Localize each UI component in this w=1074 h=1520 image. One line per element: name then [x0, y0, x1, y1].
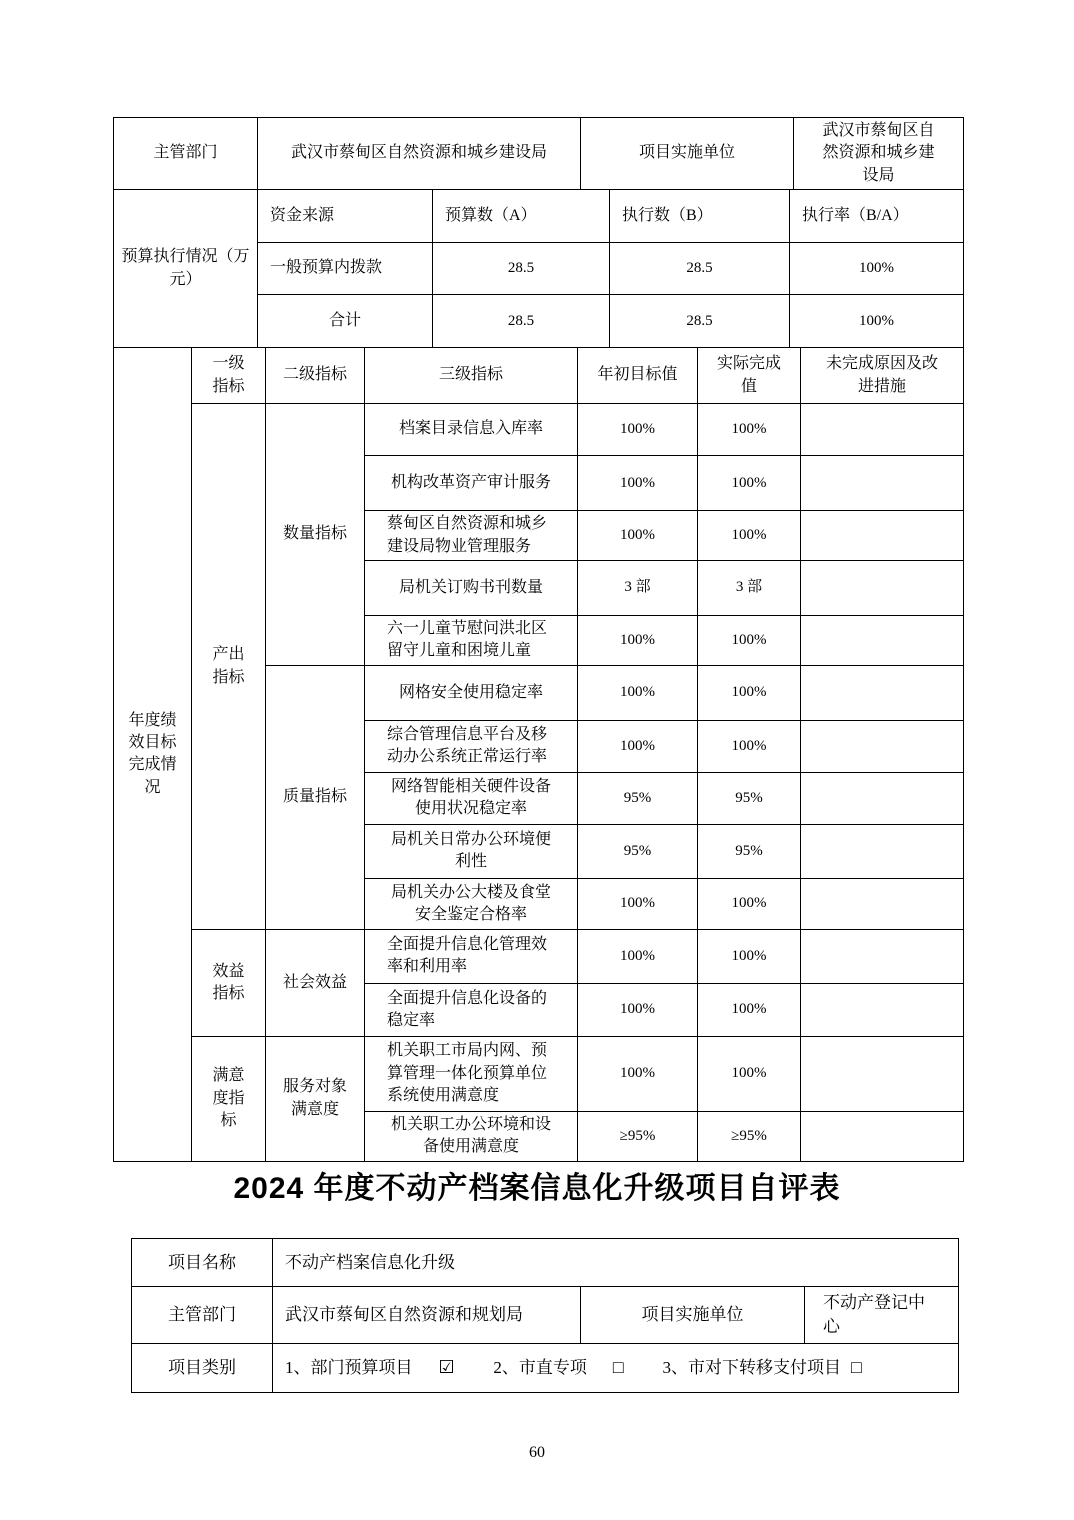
header-table: 主管部门 武汉市蔡甸区自然资源和城乡建设局 项目实施单位 武汉市蔡甸区自然资源和… — [113, 117, 964, 190]
page-number: 60 — [0, 1444, 1074, 1462]
actual-cell: 100% — [698, 615, 801, 665]
target-cell: 100% — [578, 1036, 698, 1111]
checkbox-checked-icon: ☑ — [439, 1357, 455, 1377]
category-option-transfer: 3、市对下转移支付项目□ — [662, 1358, 861, 1377]
actual-cell: 95% — [698, 772, 801, 824]
actual-cell: 100% — [698, 720, 801, 772]
indicator-cell: 网格安全使用稳定率 — [365, 665, 578, 720]
budget-col-budget: 预算数（A） — [433, 190, 610, 243]
target-cell: 100% — [578, 456, 698, 511]
dept-value-cell: 武汉市蔡甸区自然资源和城乡建设局 — [258, 118, 581, 190]
indicator-row: 效益指标 社会效益 全面提升信息化管理效率和利用率 100% 100% — [114, 929, 964, 983]
reason-cell — [801, 511, 964, 561]
reason-cell — [801, 560, 964, 615]
target-cell: 100% — [578, 720, 698, 772]
indicator-cell: 机构改革资产审计服务 — [365, 456, 578, 511]
funding-source-cell: 一般预算内拨款 — [258, 243, 433, 295]
header-reason-cell: 未完成原因及改进措施 — [801, 348, 964, 404]
project-name-row: 项目名称 不动产档案信息化升级 — [132, 1239, 959, 1287]
level1-satisfaction-cell: 满意度指标 — [192, 1036, 266, 1161]
actual-cell: 100% — [698, 665, 801, 720]
impl-value-cell: 不动产登记中心 — [805, 1287, 959, 1344]
budget-col-rate: 执行率（B/A） — [790, 190, 964, 243]
impl-value-cell: 武汉市蔡甸区自然资源和城乡建设局 — [794, 118, 964, 190]
executed-amount-cell: 28.5 — [610, 243, 790, 295]
reason-cell — [801, 983, 964, 1036]
document-page: 主管部门 武汉市蔡甸区自然资源和城乡建设局 项目实施单位 武汉市蔡甸区自然资源和… — [0, 0, 1074, 1520]
indicator-cell: 机关职工办公环境和设备使用满意度 — [365, 1111, 578, 1161]
budget-col-source: 资金来源 — [258, 190, 433, 243]
checkbox-unchecked-icon: □ — [851, 1357, 862, 1377]
reason-cell — [801, 1111, 964, 1161]
reason-cell — [801, 615, 964, 665]
option-number: 1、 — [285, 1358, 311, 1377]
category-option-municipal: 2、市直专项□ — [493, 1358, 623, 1377]
target-cell: ≥95% — [578, 1111, 698, 1161]
option-text: 市直专项 — [519, 1358, 587, 1377]
target-cell: 95% — [578, 824, 698, 878]
header-level3-cell: 三级指标 — [365, 348, 578, 404]
indicator-row: 满意度指标 服务对象满意度 机关职工市局内网、预算管理一体化预算单位系统使用满意… — [114, 1036, 964, 1111]
actual-cell: 100% — [698, 404, 801, 456]
level2-quality-cell: 质量指标 — [266, 665, 365, 929]
performance-side-label-cell: 年度绩效目标完成情况 — [114, 348, 192, 1162]
project-dept-row: 主管部门 武汉市蔡甸区自然资源和规划局 项目实施单位 不动产登记中心 — [132, 1287, 959, 1344]
reason-cell — [801, 456, 964, 511]
target-cell: 100% — [578, 404, 698, 456]
project-info-table: 项目名称 不动产档案信息化升级 主管部门 武汉市蔡甸区自然资源和规划局 项目实施… — [131, 1238, 959, 1393]
level2-social-cell: 社会效益 — [266, 929, 365, 1036]
budget-amount-cell: 28.5 — [433, 295, 610, 348]
execution-rate-cell: 100% — [790, 295, 964, 348]
level1-benefit-cell: 效益指标 — [192, 929, 266, 1036]
header-level2-cell: 二级指标 — [266, 348, 365, 404]
indicator-cell: 网络智能相关硬件设备使用状况稳定率 — [365, 772, 578, 824]
actual-cell: 95% — [698, 824, 801, 878]
indicator-cell: 档案目录信息入库率 — [365, 404, 578, 456]
level2-service-cell: 服务对象满意度 — [266, 1036, 365, 1161]
level2-quantity-cell: 数量指标 — [266, 404, 365, 666]
reason-cell — [801, 404, 964, 456]
target-cell: 100% — [578, 878, 698, 929]
target-cell: 100% — [578, 511, 698, 561]
performance-table: 年度绩效目标完成情况 一级指标 二级指标 三级指标 年初目标值 实际完成值 未完… — [113, 347, 964, 1162]
budget-section-label-cell: 预算执行情况（万元） — [114, 190, 258, 348]
target-cell: 100% — [578, 665, 698, 720]
indicator-cell: 全面提升信息化设备的稳定率 — [365, 983, 578, 1036]
dept-value-cell: 武汉市蔡甸区自然资源和规划局 — [273, 1287, 581, 1344]
reason-cell — [801, 720, 964, 772]
reason-cell — [801, 878, 964, 929]
indicator-cell: 局机关办公大楼及食堂安全鉴定合格率 — [365, 878, 578, 929]
project-info-block: 项目名称 不动产档案信息化升级 主管部门 武汉市蔡甸区自然资源和规划局 项目实施… — [131, 1238, 959, 1393]
impl-label-cell: 项目实施单位 — [581, 118, 794, 190]
page-title: 2024 年度不动产档案信息化升级项目自评表 — [0, 1163, 1074, 1207]
actual-cell: 100% — [698, 1036, 801, 1111]
actual-cell: 100% — [698, 456, 801, 511]
target-cell: 100% — [578, 615, 698, 665]
reason-cell — [801, 1036, 964, 1111]
header-target-cell: 年初目标值 — [578, 348, 698, 404]
dept-label-cell: 主管部门 — [132, 1287, 273, 1344]
indicator-cell: 机关职工市局内网、预算管理一体化预算单位系统使用满意度 — [365, 1036, 578, 1111]
indicator-cell: 综合管理信息平台及移动办公系统正常运行率 — [365, 720, 578, 772]
actual-cell: 100% — [698, 929, 801, 983]
dept-label-cell: 主管部门 — [114, 118, 258, 190]
actual-cell: 3 部 — [698, 560, 801, 615]
performance-header-row: 年度绩效目标完成情况 一级指标 二级指标 三级指标 年初目标值 实际完成值 未完… — [114, 348, 964, 404]
budget-amount-cell: 28.5 — [433, 243, 610, 295]
project-name-label-cell: 项目名称 — [132, 1239, 273, 1287]
header-actual-cell: 实际完成值 — [698, 348, 801, 404]
actual-cell: ≥95% — [698, 1111, 801, 1161]
indicator-cell: 局机关订购书刊数量 — [365, 560, 578, 615]
header-level1-cell: 一级指标 — [192, 348, 266, 404]
target-cell: 100% — [578, 983, 698, 1036]
budget-col-executed: 执行数（B） — [610, 190, 790, 243]
execution-rate-cell: 100% — [790, 243, 964, 295]
target-cell: 100% — [578, 929, 698, 983]
option-text: 市对下转移支付项目 — [688, 1358, 841, 1377]
project-category-row: 项目类别 1、部门预算项目☑ 2、市直专项□ 3、市对下转移支付项目□ — [132, 1344, 959, 1393]
category-option-budget: 1、部门预算项目☑ — [285, 1358, 455, 1377]
reason-cell — [801, 665, 964, 720]
reason-cell — [801, 824, 964, 878]
target-cell: 95% — [578, 772, 698, 824]
level1-output-cell: 产出指标 — [192, 404, 266, 930]
indicator-cell: 六一儿童节慰问洪北区留守儿童和困境儿童 — [365, 615, 578, 665]
budget-header-row: 预算执行情况（万元） 资金来源 预算数（A） 执行数（B） 执行率（B/A） — [114, 190, 964, 243]
checkbox-unchecked-icon: □ — [613, 1357, 624, 1377]
option-number: 2、 — [493, 1358, 519, 1377]
reason-cell — [801, 929, 964, 983]
actual-cell: 100% — [698, 878, 801, 929]
indicator-cell: 蔡甸区自然资源和城乡建设局物业管理服务 — [365, 511, 578, 561]
reason-cell — [801, 772, 964, 824]
indicator-cell: 全面提升信息化管理效率和利用率 — [365, 929, 578, 983]
actual-cell: 100% — [698, 511, 801, 561]
project-name-value-cell: 不动产档案信息化升级 — [273, 1239, 959, 1287]
option-text: 部门预算项目 — [311, 1358, 413, 1377]
indicator-cell: 局机关日常办公环境便利性 — [365, 824, 578, 878]
target-cell: 3 部 — [578, 560, 698, 615]
actual-cell: 100% — [698, 983, 801, 1036]
dept-row: 主管部门 武汉市蔡甸区自然资源和城乡建设局 项目实施单位 武汉市蔡甸区自然资源和… — [114, 118, 964, 190]
funding-source-cell: 合计 — [258, 295, 433, 348]
upper-tables-block: 主管部门 武汉市蔡甸区自然资源和城乡建设局 项目实施单位 武汉市蔡甸区自然资源和… — [113, 117, 963, 1162]
indicator-row: 产出指标 数量指标 档案目录信息入库率 100% 100% — [114, 404, 964, 456]
option-number: 3、 — [662, 1358, 688, 1377]
executed-amount-cell: 28.5 — [610, 295, 790, 348]
category-options-cell: 1、部门预算项目☑ 2、市直专项□ 3、市对下转移支付项目□ — [273, 1344, 959, 1393]
impl-label-cell: 项目实施单位 — [581, 1287, 805, 1344]
budget-table: 预算执行情况（万元） 资金来源 预算数（A） 执行数（B） 执行率（B/A） 一… — [113, 189, 964, 348]
category-label-cell: 项目类别 — [132, 1344, 273, 1393]
